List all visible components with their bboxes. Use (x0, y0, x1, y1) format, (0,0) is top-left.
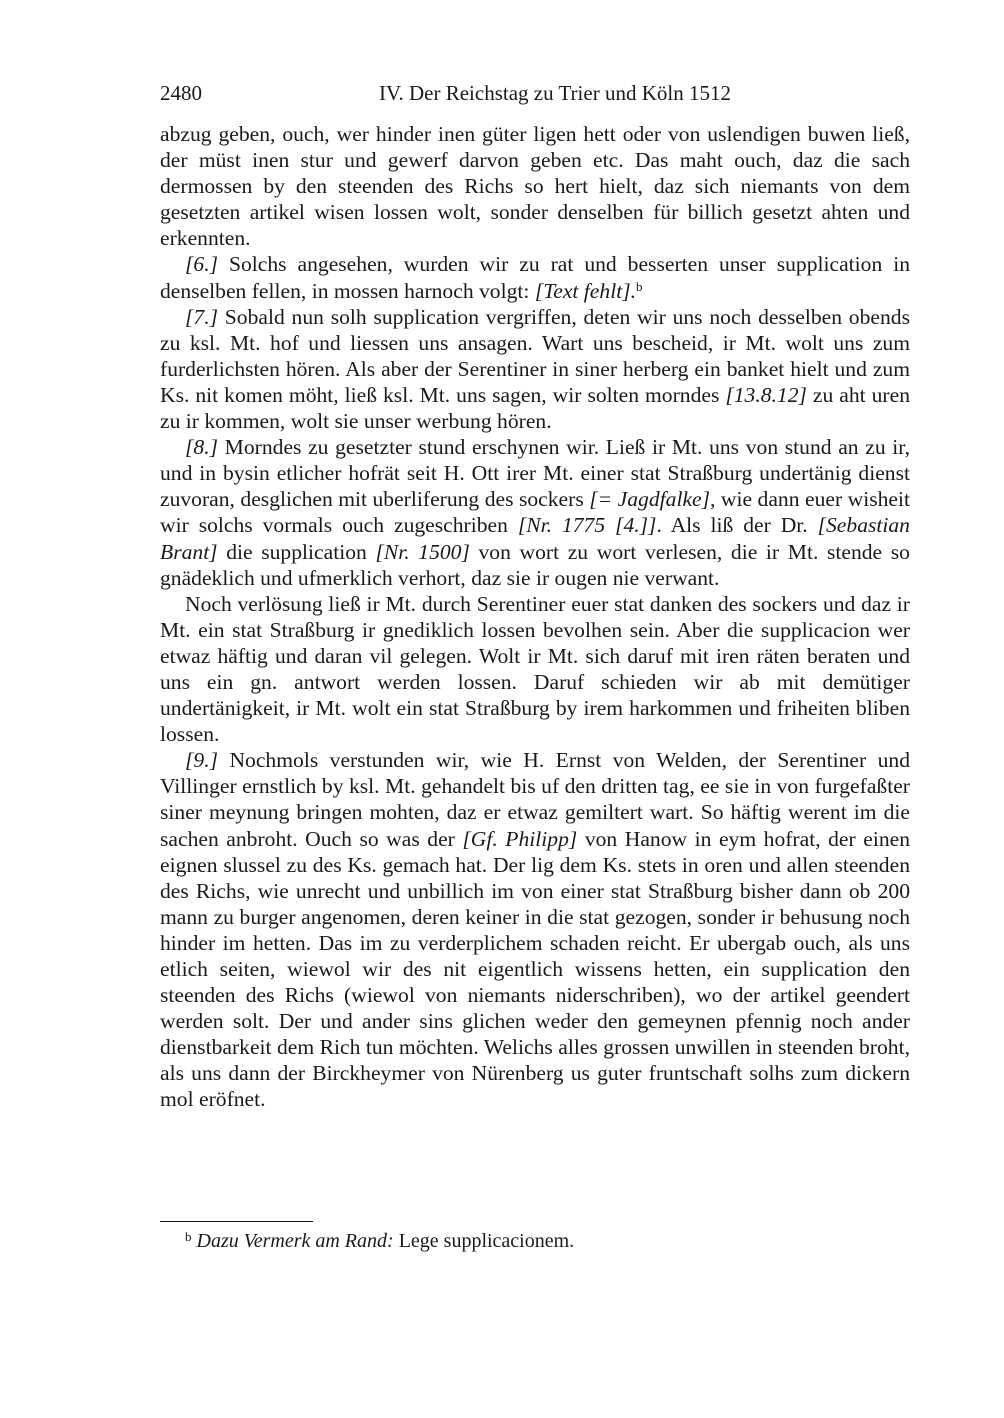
footnote-marker: b (185, 1229, 192, 1244)
paragraph: Noch verlösung ließ ir Mt. durch Serenti… (160, 591, 910, 748)
text-segment: von Hanow in eym hofrat, der einen eigne… (160, 827, 910, 1112)
text-segment: die supplication (218, 540, 376, 564)
editorial-annotation: [8.] (185, 435, 218, 459)
paragraph: [6.] Solchs angesehen, wurden wir zu rat… (160, 251, 910, 303)
editorial-annotation: [= Jagdfal­ke] (589, 487, 710, 511)
editorial-annotation: [9.] (185, 748, 218, 772)
paragraph: [8.] Morndes zu gesetzter stund erschyne… (160, 434, 910, 591)
editorial-annotation: [Gf. Philipp] (462, 827, 577, 851)
text-segment: abzug geben, ouch, wer hinder inen güter… (160, 122, 910, 250)
running-title: IV. Der Reichstag zu Trier und Köln 1512 (160, 78, 910, 108)
editorial-annotation: [Text fehlt]. (535, 279, 636, 303)
footnote-b: bDazu Vermerk am Rand: Lege supplicacion… (185, 1228, 574, 1254)
editorial-annotation: [7.] (185, 305, 218, 329)
footnote-reference: b (636, 279, 643, 294)
paragraph: abzug geben, ouch, wer hinder inen güter… (160, 121, 910, 251)
main-text: abzug geben, ouch, wer hinder inen güter… (160, 121, 910, 1113)
editorial-annotation: [Nr. 1775 [4.]] (518, 513, 657, 537)
footnote-label: Dazu Vermerk am Rand: (197, 1230, 394, 1252)
footnote-text: Lege supplicacionem. (394, 1230, 575, 1252)
editorial-annotation: [13.8.12] (725, 383, 807, 407)
paragraph: [9.] Nochmols verstunden wir, wie H. Ern… (160, 747, 910, 1112)
text-segment: . Als liß der Dr. (656, 513, 817, 537)
text-segment: Noch verlösung ließ ir Mt. durch Serenti… (160, 592, 910, 746)
editorial-annotation: [Nr. 1500] (375, 540, 469, 564)
footnote-divider (160, 1221, 313, 1222)
running-header: 2480 IV. Der Reichstag zu Trier und Köln… (160, 78, 910, 108)
paragraph: [7.] Sobald nun solh supplication vergri… (160, 304, 910, 434)
editorial-annotation: [6.] (185, 252, 218, 276)
